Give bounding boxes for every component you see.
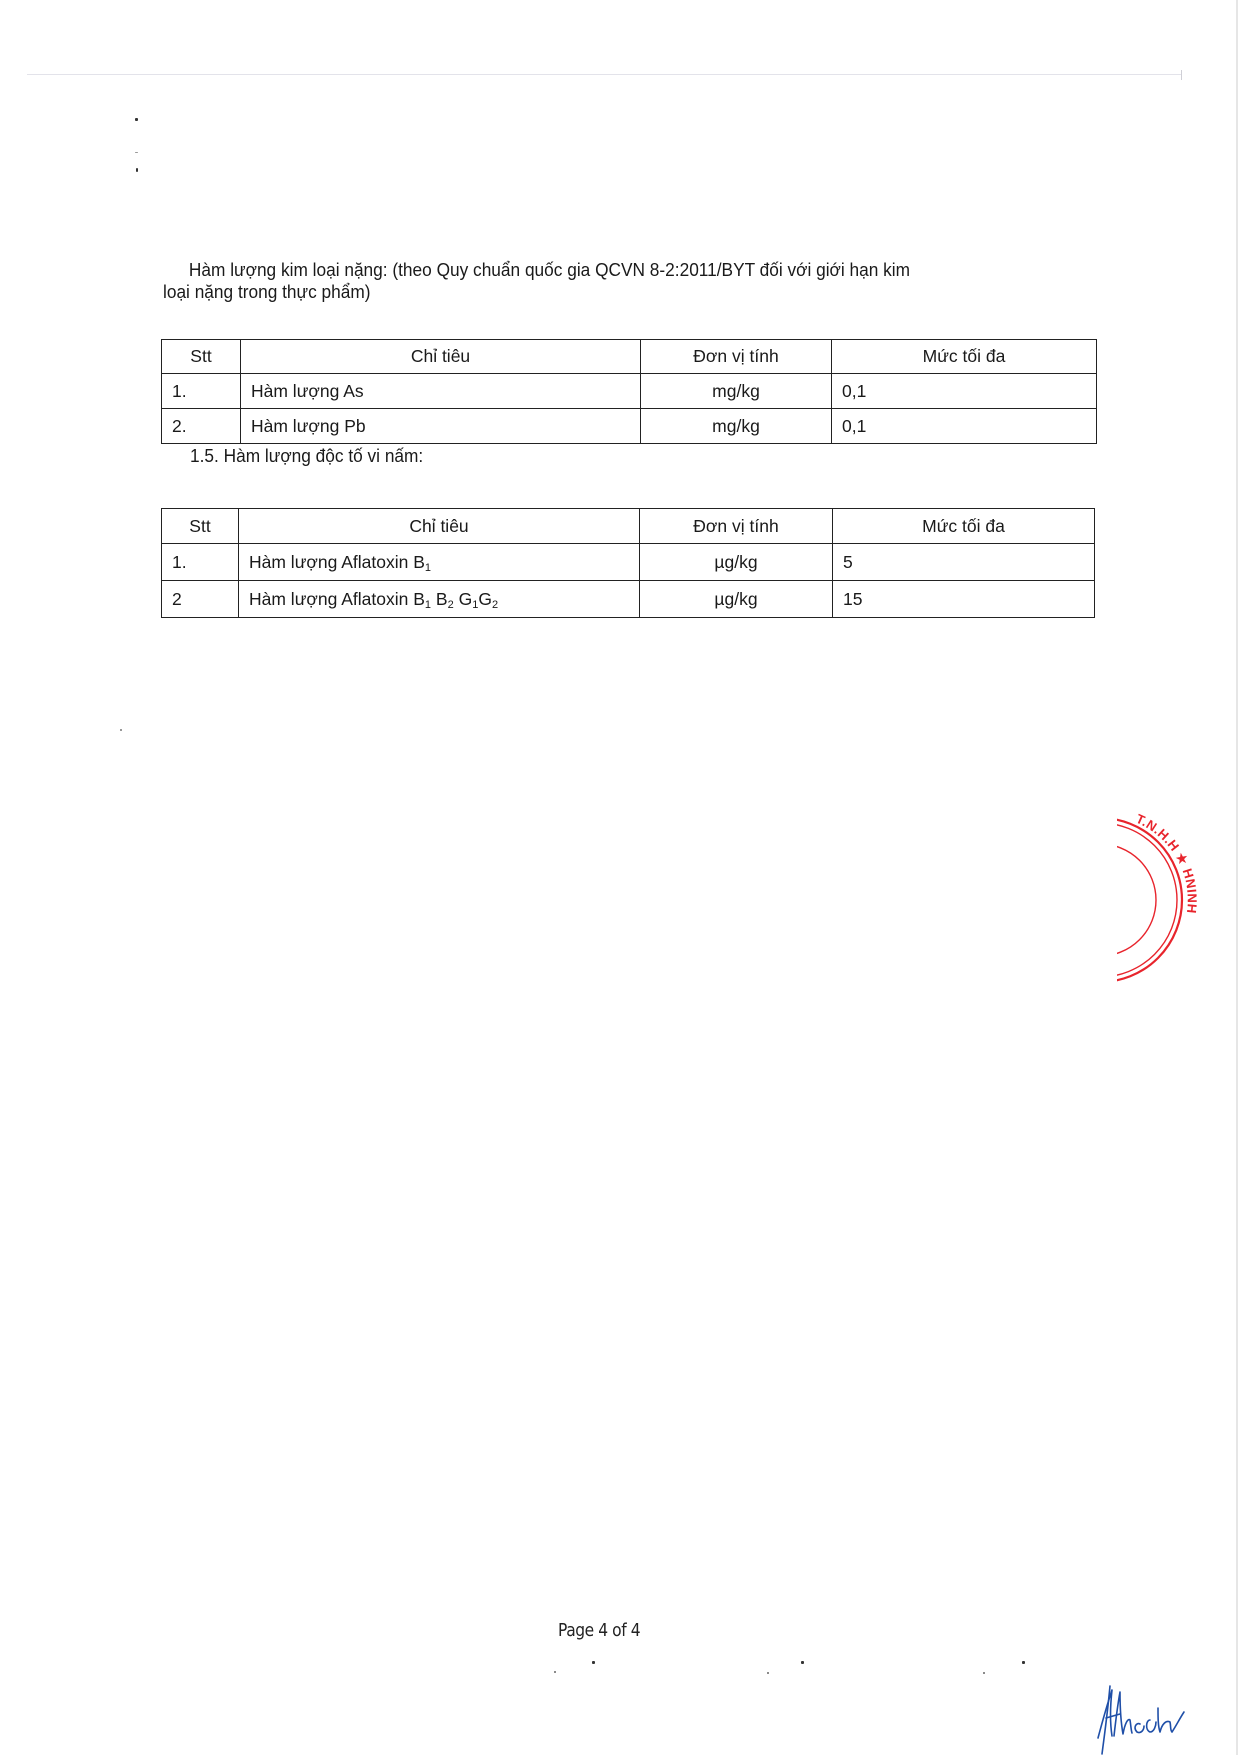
cell-stt: 2 xyxy=(162,581,239,618)
header-criteria: Chỉ tiêu xyxy=(241,340,641,374)
scan-top-tick xyxy=(1181,70,1182,80)
scan-speck xyxy=(120,729,122,731)
cell-stt: 1. xyxy=(162,374,241,409)
cell-unit: mg/kg xyxy=(641,409,832,444)
section-1-5-heading: 1.5. Hàm lượng độc tố vi nấm: xyxy=(190,446,423,467)
cell-stt: 2. xyxy=(162,409,241,444)
scan-speck xyxy=(1022,1661,1025,1664)
criteria-text: G xyxy=(478,589,492,609)
scan-speck xyxy=(554,1671,556,1673)
scan-top-rule xyxy=(27,74,1182,75)
mycotoxins-table: Stt Chỉ tiêu Đơn vị tính Mức tối đa 1. H… xyxy=(161,508,1095,618)
cell-criteria: Hàm lượng Aflatoxin B1 B2 G1G2 xyxy=(239,581,640,618)
cell-max-level: 0,1 xyxy=(832,409,1097,444)
scan-speck xyxy=(136,168,138,172)
scan-speck xyxy=(801,1661,804,1664)
cell-max-level: 5 xyxy=(833,544,1095,581)
heavy-metals-table: Stt Chỉ tiêu Đơn vị tính Mức tối đa 1. H… xyxy=(161,339,1097,444)
page-number: Page 4 of 4 xyxy=(558,1620,640,1641)
scan-speck xyxy=(135,152,138,153)
scan-speck xyxy=(767,1672,769,1674)
cell-criteria: Hàm lượng Aflatoxin B1 xyxy=(239,544,640,581)
scan-speck xyxy=(983,1672,985,1674)
cell-criteria: Hàm lượng Pb xyxy=(241,409,641,444)
scan-speck xyxy=(135,118,138,121)
cell-max-level: 0,1 xyxy=(832,374,1097,409)
cell-max-level: 15 xyxy=(833,581,1095,618)
table-row: 2. Hàm lượng Pb mg/kg 0,1 xyxy=(162,409,1097,444)
subscript: 2 xyxy=(492,599,498,611)
company-stamp-icon: T.N.H.H ★ HNINH xyxy=(1100,800,1200,1000)
header-unit: Đơn vị tính xyxy=(641,340,832,374)
criteria-text: Hàm lượng Aflatoxin B xyxy=(249,589,425,609)
table-header-row: Stt Chỉ tiêu Đơn vị tính Mức tối đa xyxy=(162,509,1095,544)
cell-unit: mg/kg xyxy=(641,374,832,409)
subscript: 1 xyxy=(425,562,431,574)
header-stt: Stt xyxy=(162,509,239,544)
header-max-level: Mức tối đa xyxy=(833,509,1095,544)
cell-stt: 1. xyxy=(162,544,239,581)
cell-unit: µg/kg xyxy=(640,581,833,618)
subscript: 2 xyxy=(448,599,454,611)
cell-criteria: Hàm lượng As xyxy=(241,374,641,409)
scan-right-edge xyxy=(1236,0,1238,1755)
table-row: 1. Hàm lượng As mg/kg 0,1 xyxy=(162,374,1097,409)
header-max-level: Mức tối đa xyxy=(832,340,1097,374)
header-unit: Đơn vị tính xyxy=(640,509,833,544)
subscript: 1 xyxy=(425,599,431,611)
section-1-4-line2: loại nặng trong thực phẩm) xyxy=(163,281,1027,303)
criteria-text: B xyxy=(436,589,448,609)
scan-speck xyxy=(592,1661,595,1664)
criteria-text: G xyxy=(459,589,473,609)
table-header-row: Stt Chỉ tiêu Đơn vị tính Mức tối đa xyxy=(162,340,1097,374)
cell-unit: µg/kg xyxy=(640,544,833,581)
table-row: 1. Hàm lượng Aflatoxin B1 µg/kg 5 xyxy=(162,544,1095,581)
header-stt: Stt xyxy=(162,340,241,374)
criteria-text: Hàm lượng Aflatoxin B xyxy=(249,552,425,572)
section-1-4-heading: Hàm lượng kim loại nặng: (theo Quy chuẩn… xyxy=(163,259,1027,303)
table-row: 2 Hàm lượng Aflatoxin B1 B2 G1G2 µg/kg 1… xyxy=(162,581,1095,618)
section-1-4-line1: Hàm lượng kim loại nặng: (theo Quy chuẩn… xyxy=(189,260,910,280)
header-criteria: Chỉ tiêu xyxy=(239,509,640,544)
signature-icon xyxy=(1080,1678,1190,1755)
